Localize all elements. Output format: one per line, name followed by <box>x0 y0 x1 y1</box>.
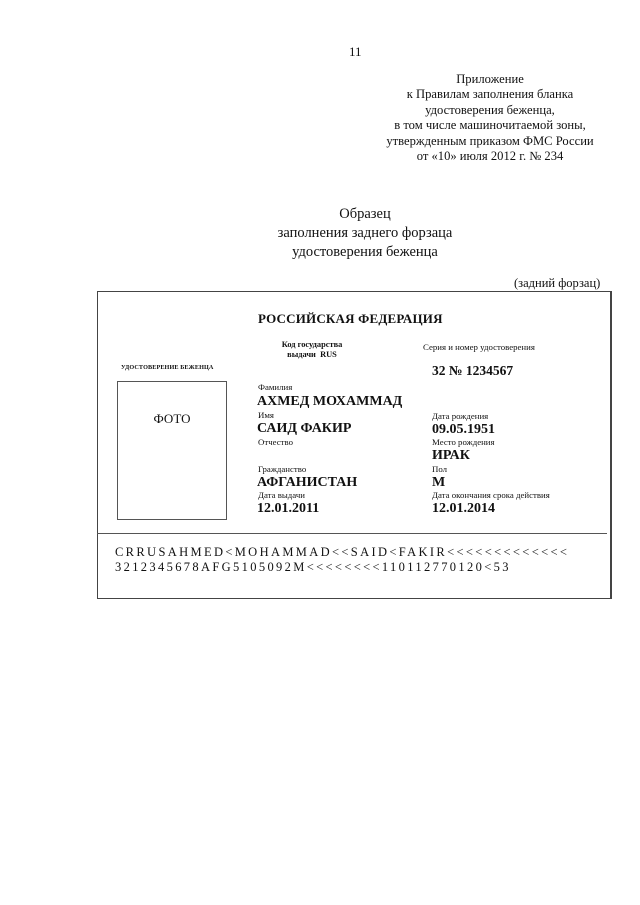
sex-value: М <box>432 475 445 490</box>
appendix-header: Приложение к Правилам заполнения бланка … <box>360 72 620 164</box>
appendix-line: Приложение <box>360 72 620 87</box>
surname-value: АХМЕД МОХАММАД <box>257 394 402 409</box>
document-type: УДОСТОВЕРЕНИЕ БЕЖЕНЦА <box>121 364 214 371</box>
side-label: (задний форзац) <box>514 276 600 291</box>
citizenship-value: АФГАНИСТАН <box>257 475 357 490</box>
birth-date-value: 09.05.1951 <box>432 422 495 437</box>
mrz-divider <box>97 533 607 534</box>
sample-title: Образец заполнения заднего форзаца удост… <box>240 205 490 262</box>
name-value: САИД ФАКИР <box>257 421 351 436</box>
birth-place-label: Место рождения <box>432 437 495 447</box>
birth-date-label: Дата рождения <box>432 411 488 421</box>
patronymic-label: Отчество <box>258 437 293 447</box>
expiry-value: 12.01.2014 <box>432 501 495 516</box>
series-value: 32 № 1234567 <box>432 363 513 379</box>
sex-label: Пол <box>432 464 447 474</box>
expiry-label: Дата окончания срока действия <box>432 490 550 500</box>
photo-placeholder <box>117 381 227 520</box>
state-code-line2: выдачи RUS <box>262 350 362 360</box>
citizenship-label: Гражданство <box>258 464 306 474</box>
photo-label: ФОТО <box>117 411 227 427</box>
issue-date-value: 12.01.2011 <box>257 501 319 516</box>
state-code-label: Код государства <box>262 340 362 350</box>
state-code-label2: выдачи <box>287 350 316 359</box>
appendix-line: от «10» июля 2012 г. № 234 <box>360 149 620 164</box>
mrz-line-2: 3212345678AFG5105092M<<<<<<<<11011277012… <box>115 560 511 575</box>
state-code: Код государства выдачи RUS <box>262 340 362 360</box>
appendix-line: в том числе машиночитаемой зоны, <box>360 118 620 133</box>
sample-title-line: удостоверения беженца <box>240 243 490 262</box>
name-label: Имя <box>258 410 274 420</box>
sample-title-line: заполнения заднего форзаца <box>240 224 490 243</box>
state-code-value: RUS <box>320 350 337 359</box>
birth-place-value: ИРАК <box>432 448 470 463</box>
appendix-line: удостоверения беженца, <box>360 103 620 118</box>
surname-label: Фамилия <box>258 382 292 392</box>
appendix-line: к Правилам заполнения бланка <box>360 87 620 102</box>
series-label: Серия и номер удостоверения <box>423 342 535 352</box>
sample-title-line: Образец <box>240 205 490 224</box>
mrz-line-1: CRRUSAHMED<MOHAMMAD<<SAID<FAKIR<<<<<<<<<… <box>115 545 569 560</box>
page-number: 11 <box>349 44 362 60</box>
appendix-line: утвержденным приказом ФМС России <box>360 134 620 149</box>
card-country: РОССИЙСКАЯ ФЕДЕРАЦИЯ <box>258 311 443 327</box>
issue-date-label: Дата выдачи <box>258 490 305 500</box>
